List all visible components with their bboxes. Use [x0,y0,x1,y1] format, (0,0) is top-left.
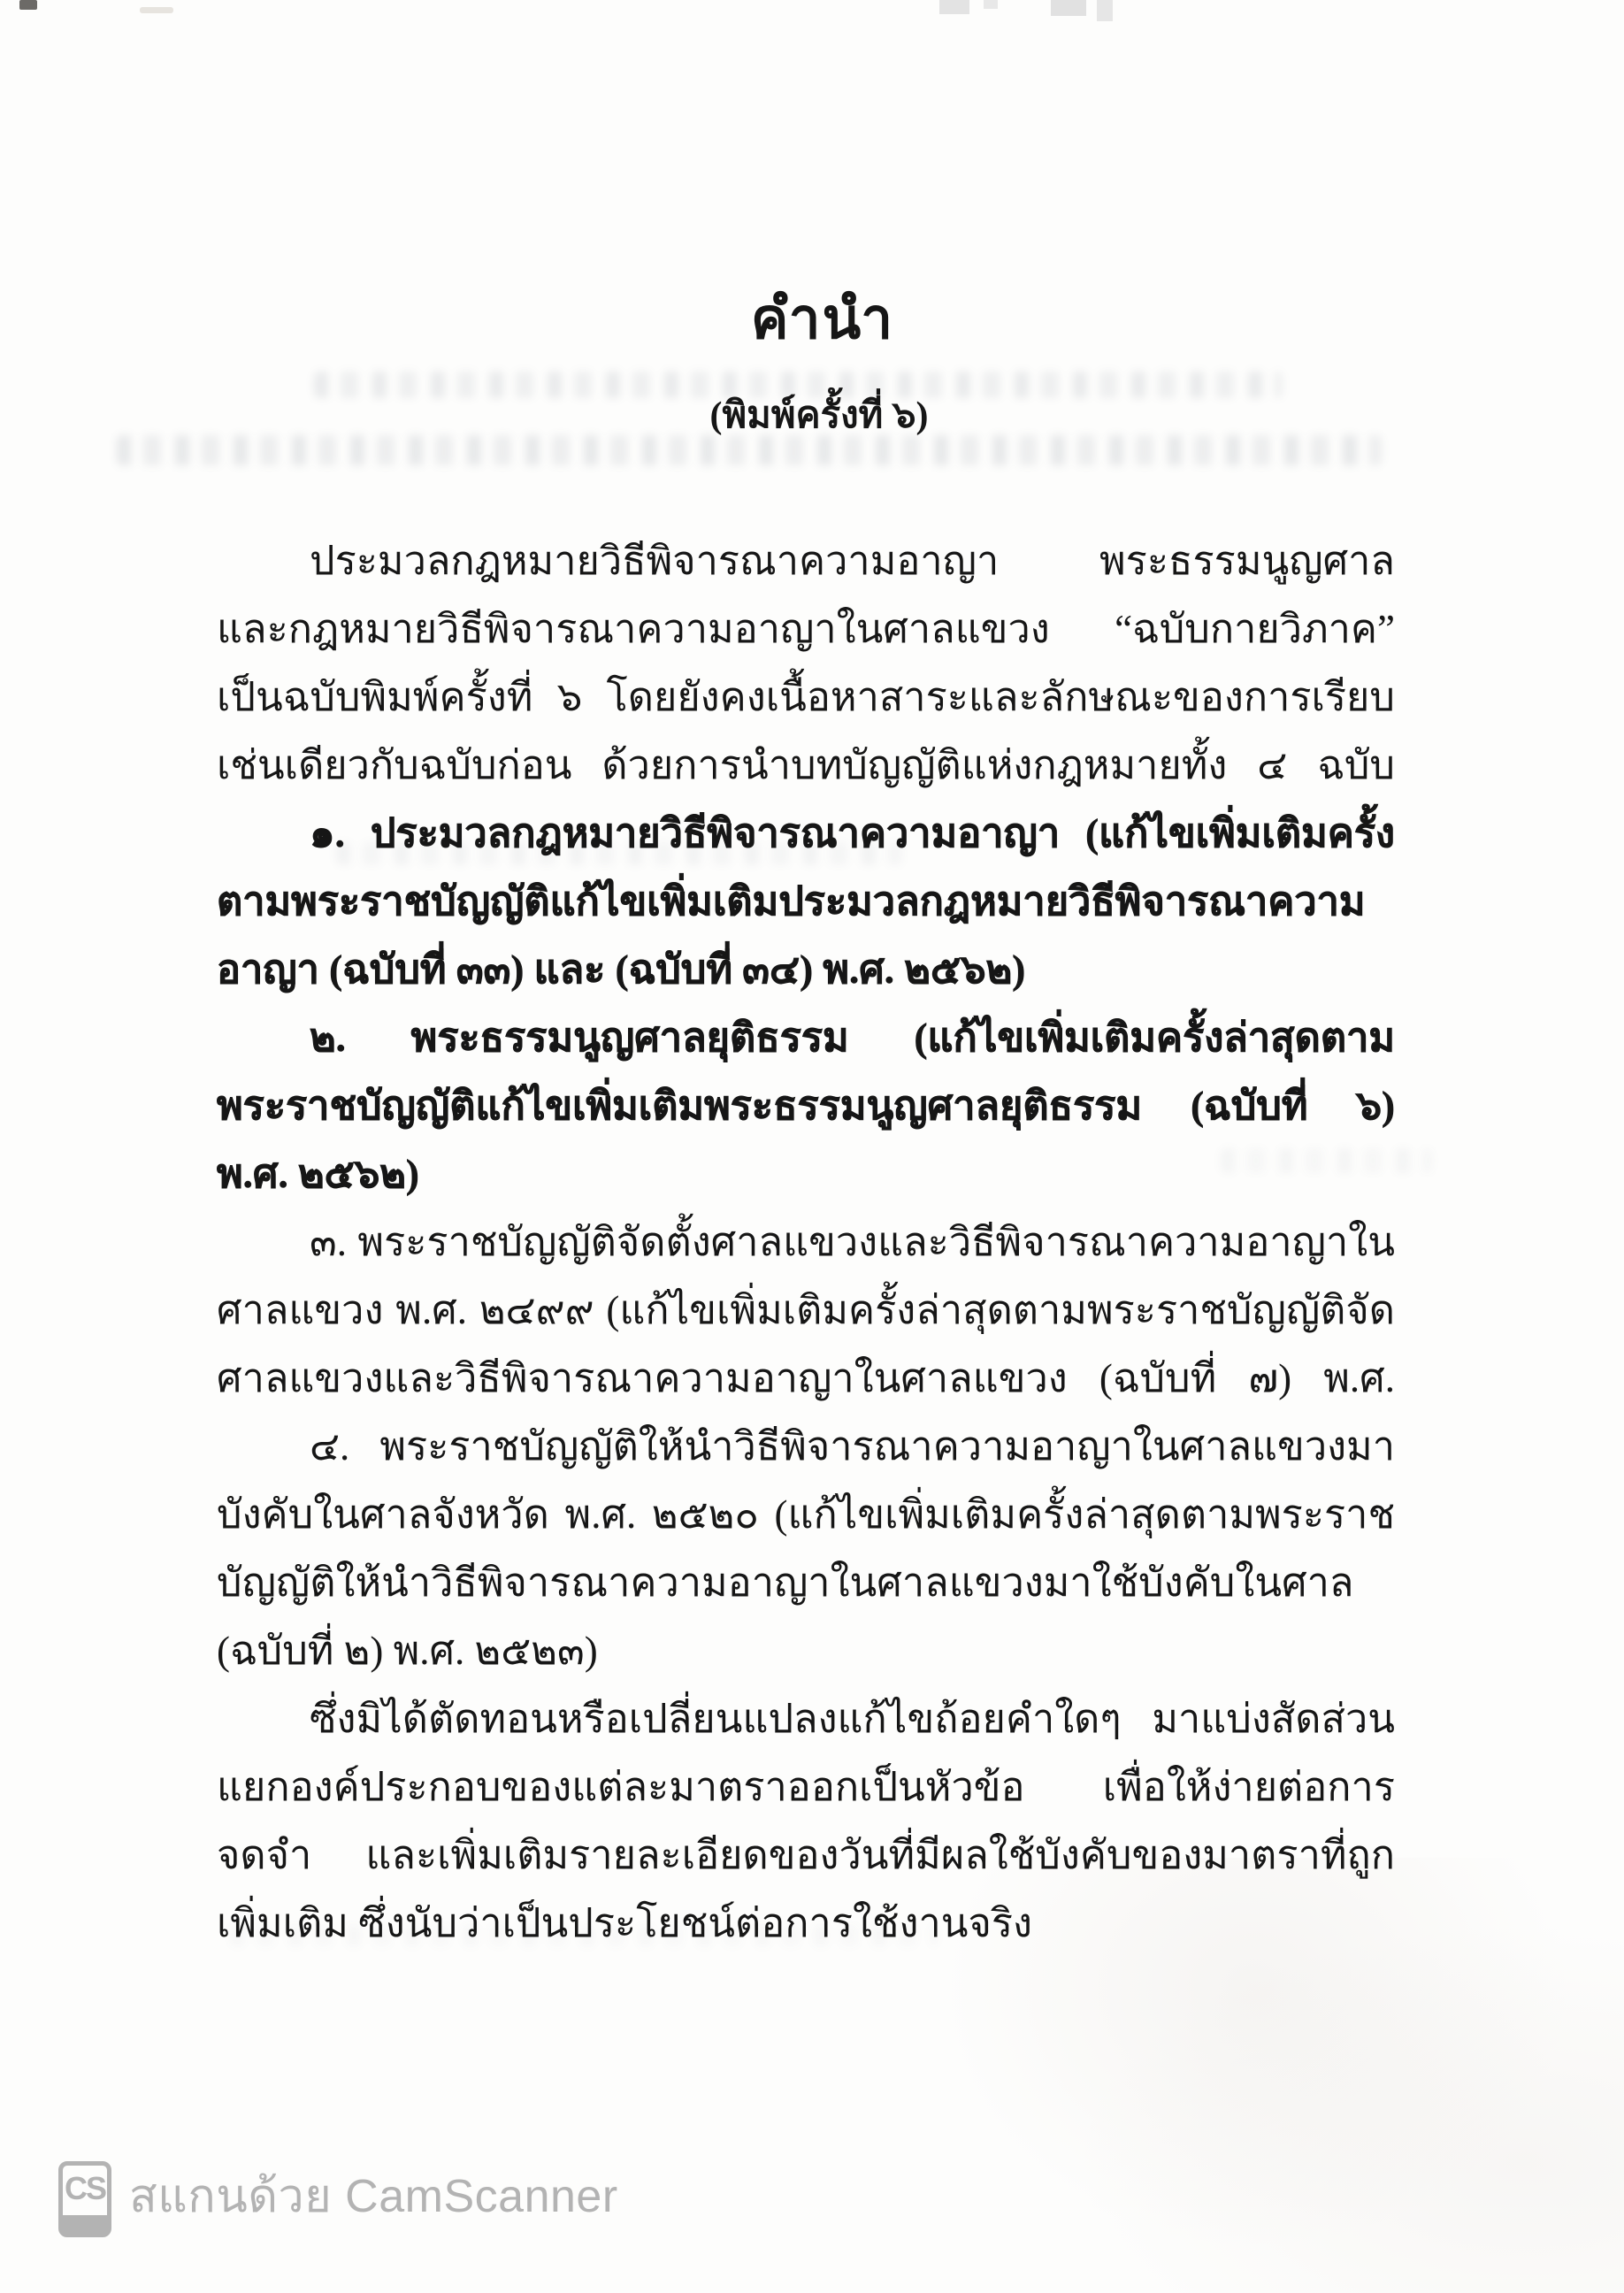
text-line: พระราชบัญญัติแก้ไขเพิ่มเติมพระธรรมนูญศาล… [217,1072,1395,1140]
text-line: ศาลแขวงและวิธีพิจารณาความอาญาในศาลแขวง (… [217,1345,1395,1413]
paragraph: ๑. ประมวลกฎหมายวิธีพิจารณาความอาญา (แก้ไ… [217,800,1395,1004]
text-line: อาญา (ฉบับที่ ๓๓) และ (ฉบับที่ ๓๔) พ.ศ. … [217,936,1395,1004]
text-line: เพิ่มเติม ซึ่งนับว่าเป็นประโยชน์ต่อการใช… [217,1890,1395,1958]
text-line: ๔. พระราชบัญญัติให้นำวิธีพิจารณาความอาญา… [217,1413,1395,1481]
text-line: ๒. พระธรรมนูญศาลยุติธรรม (แก้ไขเพิ่มเติม… [217,1004,1395,1072]
paragraph: ๒. พระธรรมนูญศาลยุติธรรม (แก้ไขเพิ่มเติม… [217,1004,1395,1208]
text-line: ประมวลกฎหมายวิธีพิจารณาความอาญา พระธรรมน… [217,527,1395,595]
camscanner-logo-icon: CS [58,2161,111,2237]
text-line: ซึ่งมิได้ตัดทอนหรือเปลี่ยนแปลงแก้ไขถ้อยค… [217,1685,1395,1753]
text-line: เช่นเดียวกับฉบับก่อน ด้วยการนำบทบัญญัติแ… [217,732,1395,800]
scan-artifact [1097,0,1113,21]
text-line: ตามพระราชบัญญัติแก้ไขเพิ่มเติมประมวลกฎหม… [217,868,1395,936]
text-line: (ฉบับที่ ๒) พ.ศ. ๒๕๒๓) [217,1617,1395,1685]
camscanner-logo-band [62,2215,108,2234]
text-line: เป็นฉบับพิมพ์ครั้งที่ ๖ โดยยังคงเนื้อหาส… [217,663,1395,732]
text-line: บังคับในศาลจังหวัด พ.ศ. ๒๕๒๐ (แก้ไขเพิ่ม… [217,1481,1395,1549]
paragraph: ๔. พระราชบัญญัติให้นำวิธีพิจารณาความอาญา… [217,1413,1395,1685]
camscanner-logo-initials: CS [65,2166,105,2212]
paragraph: ซึ่งมิได้ตัดทอนหรือเปลี่ยนแปลงแก้ไขถ้อยค… [217,1685,1395,1958]
text-line: ๓. พระราชบัญญัติจัดตั้งศาลแขวงและวิธีพิจ… [217,1208,1395,1277]
camscanner-watermark: CS สแกนด้วย CamScanner [58,2159,618,2239]
watermark-text: สแกนด้วย CamScanner [129,2170,618,2228]
scanned-document-page: คำนำ (พิมพ์ครั้งที่ ๖) ประมวลกฎหมายวิธีพ… [0,0,1624,2293]
text-line: บัญญัติให้นำวิธีพิจารณาความอาญาในศาลแขวง… [217,1549,1395,1617]
scan-artifact [140,7,173,13]
text-line: ๑. ประมวลกฎหมายวิธีพิจารณาความอาญา (แก้ไ… [217,800,1395,868]
paragraph: ประมวลกฎหมายวิธีพิจารณาความอาญา พระธรรมน… [217,527,1395,800]
page-subtitle: (พิมพ์ครั้งที่ ๖) [0,389,1624,442]
paragraph: ๓. พระราชบัญญัติจัดตั้งศาลแขวงและวิธีพิจ… [217,1208,1395,1413]
scan-artifact [1051,0,1086,16]
text-line: แยกองค์ประกอบของแต่ละมาตราออกเป็นหัวข้อ … [217,1753,1395,1821]
text-line: ศาลแขวง พ.ศ. ๒๔๙๙ (แก้ไขเพิ่มเติมครั้งล่… [217,1277,1395,1345]
text-line: พ.ศ. ๒๕๖๒) [217,1140,1395,1208]
page-title: คำนำ [0,281,1624,357]
scan-artifact [939,0,969,14]
scan-artifact [19,0,37,10]
text-line: จดจำ และเพิ่มเติมรายละเอียดของวันที่มีผล… [217,1821,1395,1890]
text-line: และกฎหมายวิธีพิจารณาความอาญาในศาลแขวง “ฉ… [217,595,1395,663]
document-body: ประมวลกฎหมายวิธีพิจารณาความอาญา พระธรรมน… [217,527,1395,1958]
scan-artifact [984,0,998,9]
